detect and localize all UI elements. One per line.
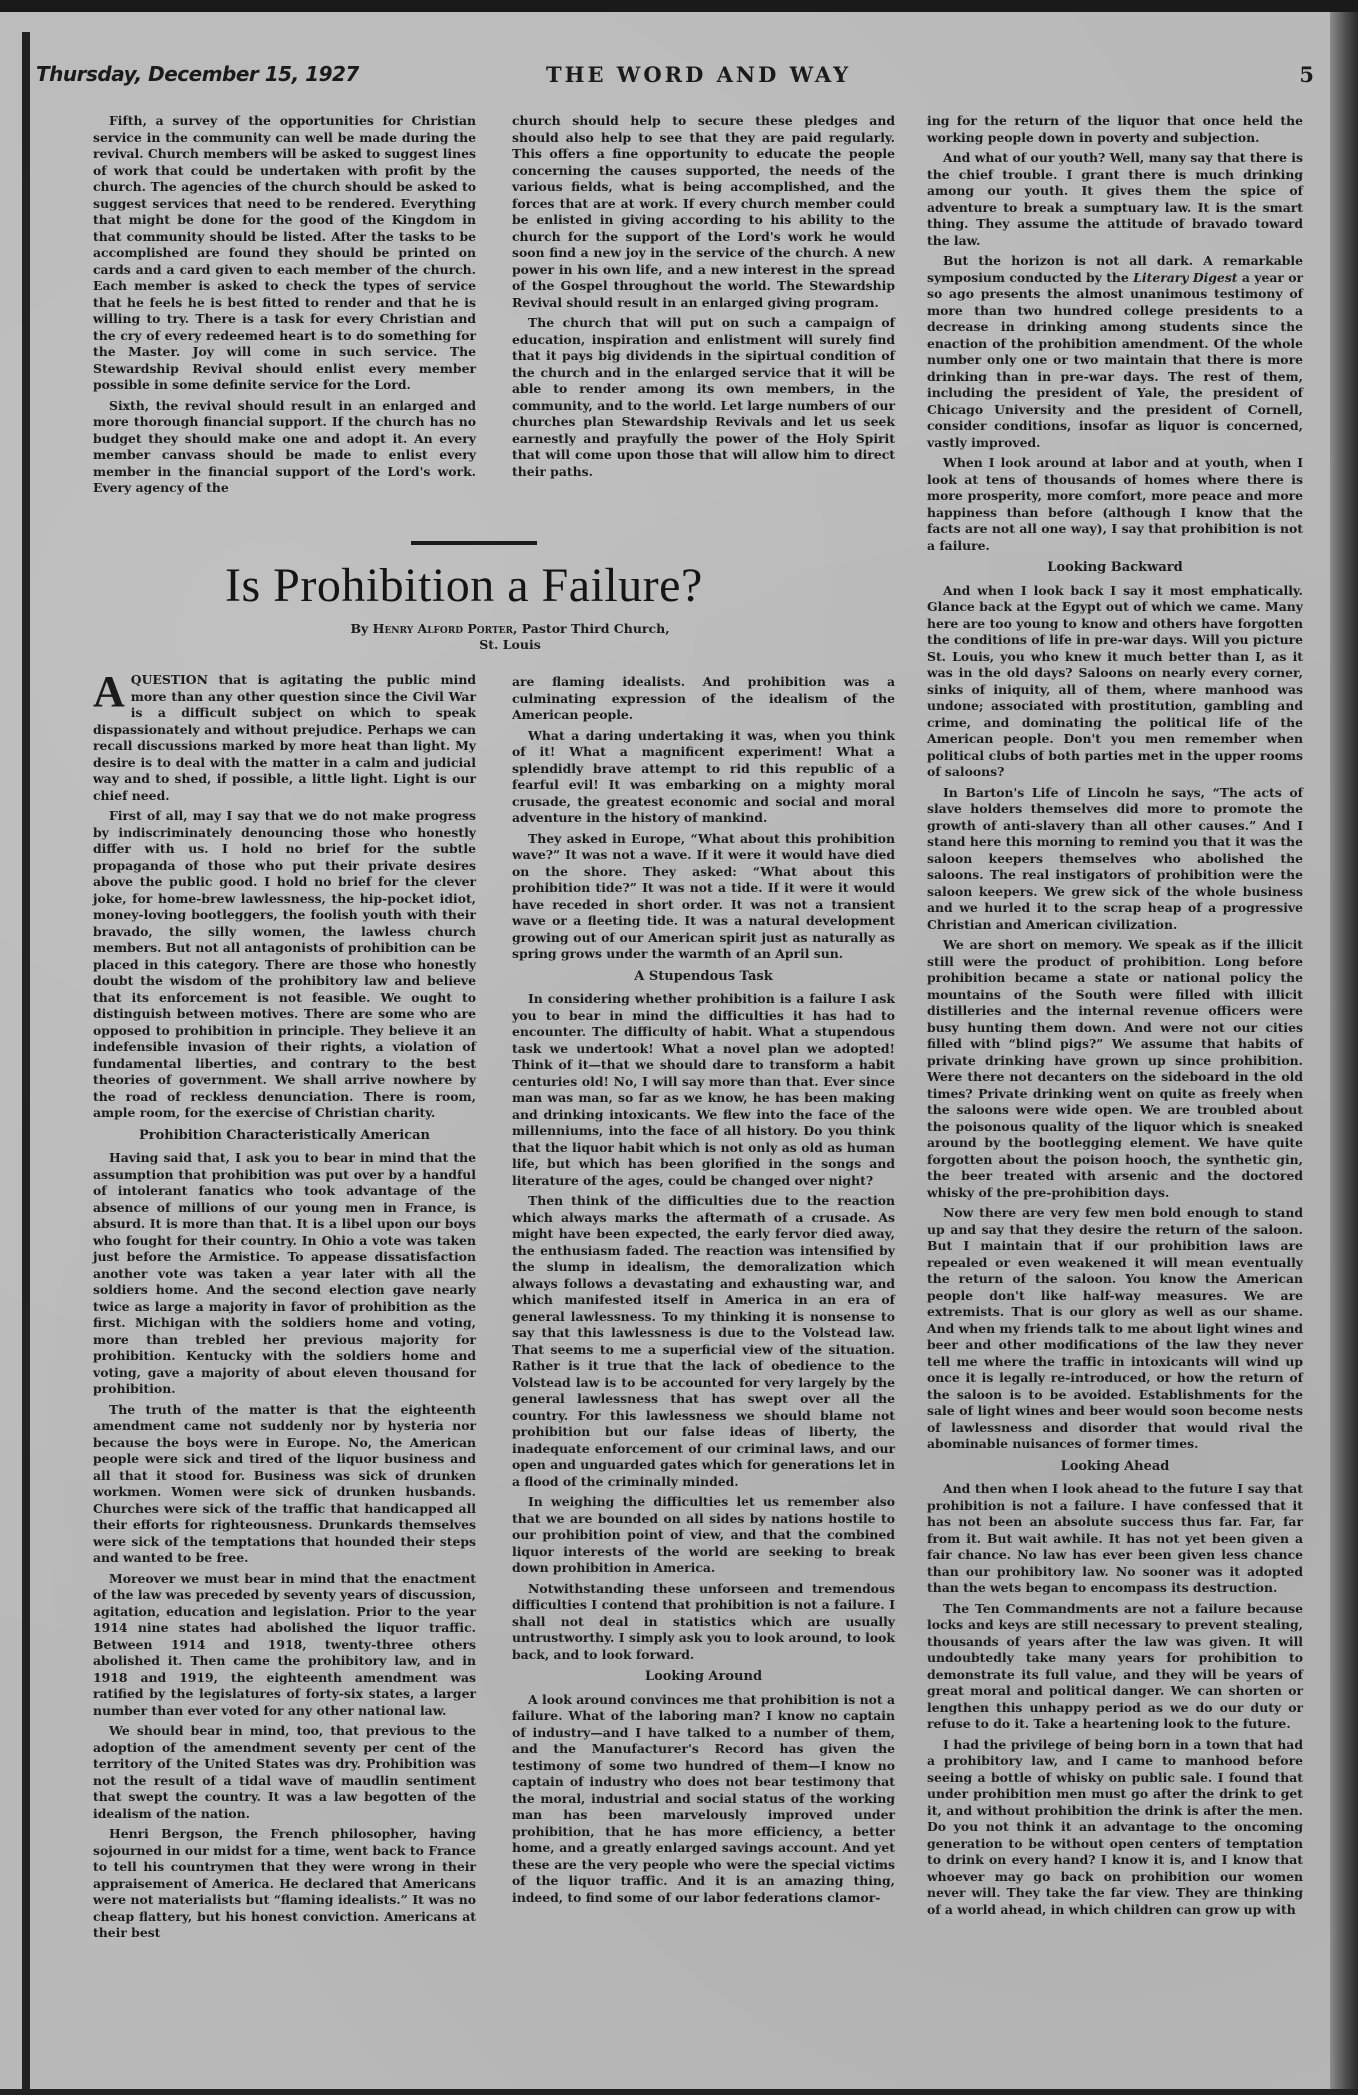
issue-date: Thursday, December 15, 1927	[36, 62, 359, 86]
subheading: Looking Ahead	[927, 1459, 1303, 1476]
page-edge-shadow	[1330, 12, 1358, 2095]
paragraph: But the horizon is not all dark. A remar…	[927, 253, 1303, 451]
byline-location: St. Louis	[479, 637, 541, 652]
paragraph: A look around convinces me that prohibit…	[512, 1692, 895, 1907]
paragraph: We are short on memory. We speak as if t…	[927, 937, 1303, 1201]
subheading: Looking Around	[512, 1669, 895, 1686]
binding-edge	[22, 32, 30, 2092]
article-column-2: are flaming idealists. And prohibition w…	[512, 674, 895, 1910]
paragraph: The truth of the matter is that the eigh…	[93, 1402, 476, 1567]
newspaper-page: Thursday, December 15, 1927 THE WORD AND…	[0, 12, 1358, 2095]
paragraph: First of all, may I say that we do not m…	[93, 808, 476, 1122]
article-column-1: AQUESTION that is agitating the public m…	[93, 672, 476, 1946]
paragraph: We should bear in mind, too, that previo…	[93, 1723, 476, 1822]
paragraph: When I look around at labor and at youth…	[927, 455, 1303, 554]
paragraph: Then think of the difficulties due to th…	[512, 1193, 895, 1490]
publication-title: THE WORD AND WAY	[546, 62, 851, 87]
paragraph: Moreover we must bear in mind that the e…	[93, 1571, 476, 1720]
paragraph: Sixth, the revival should result in an e…	[93, 398, 476, 497]
paragraph: are flaming idealists. And prohibition w…	[512, 674, 895, 724]
byline-author: Henry Alford Porter	[373, 621, 513, 636]
paragraph: And what of our youth? Well, many say th…	[927, 150, 1303, 249]
paragraph: The church that will put on such a campa…	[512, 315, 895, 480]
drop-cap: A	[93, 674, 125, 710]
article-headline: Is Prohibition a Failure?	[225, 558, 825, 613]
section-divider-rule	[411, 541, 537, 545]
paragraph: Now there are very few men bold enough t…	[927, 1205, 1303, 1453]
paragraph: In weighing the difficulties let us reme…	[512, 1494, 895, 1577]
text-run: a year or so ago presents the almost una…	[927, 270, 1303, 450]
byline-prefix: By	[350, 621, 372, 636]
publication-name: Literary Digest	[1133, 270, 1237, 285]
article-byline: By Henry Alford Porter, Pastor Third Chu…	[300, 621, 720, 653]
byline-title: , Pastor Third Church,	[513, 621, 670, 636]
lead-text: QUESTION that is agitating the public mi…	[93, 672, 476, 803]
page-number: 5	[1299, 62, 1314, 87]
paragraph: Henri Bergson, the French philosopher, h…	[93, 1826, 476, 1942]
paragraph: In Barton's Life of Lincoln he says, “Th…	[927, 785, 1303, 934]
paragraph: Fifth, a survey of the opportunities for…	[93, 113, 476, 394]
paragraph: church should help to secure these pledg…	[512, 113, 895, 311]
paragraph: What a daring undertaking it was, when y…	[512, 728, 895, 827]
paragraph: The Ten Commandments are not a failure b…	[927, 1601, 1303, 1733]
paragraph: In considering whether prohibition is a …	[512, 991, 895, 1189]
subheading: Prohibition Characteristically American	[93, 1128, 476, 1145]
continued-article-column-1: Fifth, a survey of the opportunities for…	[93, 113, 476, 501]
masthead: Thursday, December 15, 1927 THE WORD AND…	[36, 62, 1326, 90]
article-column-3: ing for the return of the liquor that on…	[927, 113, 1303, 1922]
paragraph: ing for the return of the liquor that on…	[927, 113, 1303, 146]
paragraph: Notwithstanding these unforseen and trem…	[512, 1581, 895, 1664]
continued-article-column-2: church should help to secure these pledg…	[512, 113, 895, 484]
paragraph: I had the privilege of being born in a t…	[927, 1737, 1303, 1919]
paragraph: And then when I look ahead to the future…	[927, 1481, 1303, 1597]
page-bottom-edge	[0, 2089, 1358, 2095]
paragraph: Having said that, I ask you to bear in m…	[93, 1150, 476, 1398]
paragraph: They asked in Europe, “What about this p…	[512, 831, 895, 963]
lead-paragraph: AQUESTION that is agitating the public m…	[93, 672, 476, 804]
paragraph: And when I look back I say it most empha…	[927, 583, 1303, 781]
subheading: Looking Backward	[927, 560, 1303, 577]
subheading: A Stupendous Task	[512, 969, 895, 986]
